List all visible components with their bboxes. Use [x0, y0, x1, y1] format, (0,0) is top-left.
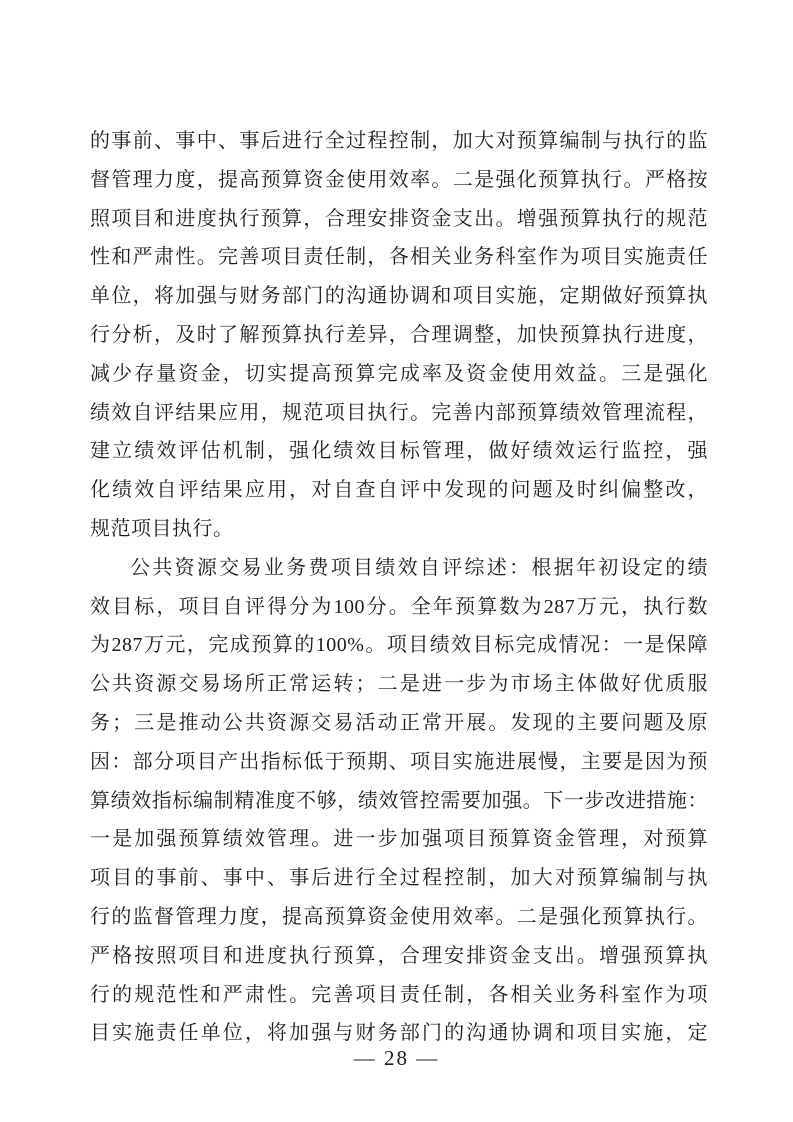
text-line: 公共资源交易业务费项目绩效自评综述：根据年初设定的绩	[90, 549, 708, 588]
text-line: 督管理力度，提高预算资金使用效率。二是强化预算执行。严格按	[90, 161, 708, 200]
text-line: 的事前、事中、事后进行全过程控制，加大对预算编制与执行的监	[90, 122, 708, 161]
text-line: 严格按照项目和进度执行预算，合理安排资金支出。增强预算执	[90, 937, 708, 976]
text-line: 减少存量资金，切实提高预算完成率及资金使用效益。三是强化	[90, 355, 708, 394]
text-line: 化绩效自评结果应用，对自查自评中发现的问题及时纠偏整改，	[90, 471, 708, 510]
text-line: 为287万元，完成预算的100%。项目绩效目标完成情况：一是保障	[90, 626, 708, 665]
text-line: 务；三是推动公共资源交易活动正常开展。发现的主要问题及原	[90, 704, 708, 743]
text-line: 项目的事前、事中、事后进行全过程控制，加大对预算编制与执	[90, 859, 708, 898]
text-line: 一是加强预算绩效管理。进一步加强项目预算资金管理，对预算	[90, 820, 708, 859]
text-line: 照项目和进度执行预算，合理安排资金支出。增强预算执行的规范	[90, 200, 708, 239]
page-number: — 28 —	[0, 1046, 793, 1071]
document-page: 的事前、事中、事后进行全过程控制，加大对预算编制与执行的监督管理力度，提高预算资…	[0, 0, 793, 1122]
text-line: 行分析，及时了解预算执行差异，合理调整，加快预算执行进度，	[90, 316, 708, 355]
text-line: 效目标，项目自评得分为100分。全年预算数为287万元，执行数	[90, 588, 708, 627]
text-line: 行的规范性和严肃性。完善项目责任制，各相关业务科室作为项	[90, 976, 708, 1015]
text-line: 因：部分项目产出指标低于预期、项目实施进展慢，主要是因为预	[90, 743, 708, 782]
text-lines: 的事前、事中、事后进行全过程控制，加大对预算编制与执行的监督管理力度，提高预算资…	[90, 122, 708, 1053]
text-line: 性和严肃性。完善项目责任制，各相关业务科室作为项目实施责任	[90, 238, 708, 277]
text-line: 建立绩效评估机制，强化绩效目标管理，做好绩效运行监控，强	[90, 432, 708, 471]
text-line: 公共资源交易场所正常运转；二是进一步为市场主体做好优质服	[90, 665, 708, 704]
text-line: 绩效自评结果应用，规范项目执行。完善内部预算绩效管理流程，	[90, 394, 708, 433]
text-line: 单位，将加强与财务部门的沟通协调和项目实施，定期做好预算执	[90, 277, 708, 316]
text-line: 规范项目执行。	[90, 510, 708, 549]
text-line: 行的监督管理力度，提高预算资金使用效率。二是强化预算执行。	[90, 898, 708, 937]
text-line: 算绩效指标编制精准度不够，绩效管控需要加强。下一步改进措施：	[90, 782, 708, 821]
